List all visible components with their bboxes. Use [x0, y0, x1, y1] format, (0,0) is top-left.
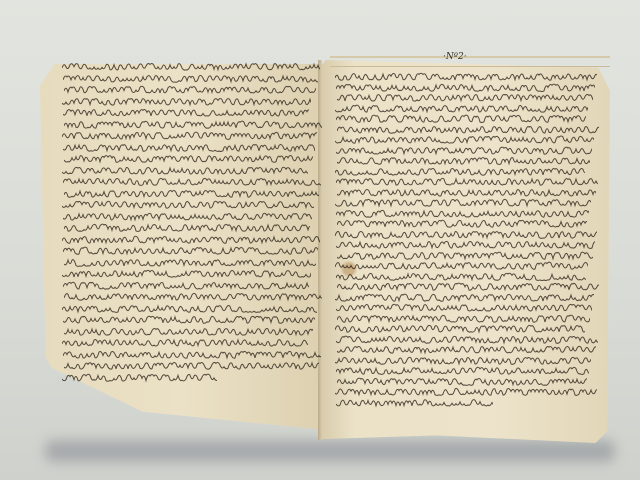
- handwriting-line: [64, 361, 319, 370]
- handwriting-line: [62, 131, 317, 140]
- handwriting-line: [62, 62, 320, 71]
- handwriting-line: [64, 85, 316, 94]
- handwriting-line: [335, 261, 588, 270]
- handwriting-line: [63, 281, 309, 290]
- handwriting-line: [337, 125, 599, 134]
- handwriting-line: [337, 282, 599, 291]
- handwriting-line: [335, 167, 585, 176]
- page-number-mark: ·Nº2·: [443, 52, 467, 62]
- handwriting-line: [62, 373, 217, 382]
- handwriting-line: [335, 104, 588, 113]
- handwriting-line: [64, 154, 313, 163]
- handwriting-line: [64, 258, 316, 267]
- handwriting-line: [63, 315, 315, 324]
- handwriting-line: [336, 146, 592, 155]
- handwriting-line: [337, 345, 596, 354]
- handwriting-line: [335, 230, 597, 239]
- handwriting-line: [62, 338, 308, 347]
- handwriting-line: [64, 327, 313, 336]
- handwriting-line: [64, 223, 310, 232]
- handwriting-line: [337, 251, 593, 260]
- page-edges: [330, 56, 610, 67]
- handwriting-line: [63, 246, 318, 255]
- handwriting-line: [336, 114, 586, 123]
- handwriting-line: [336, 177, 598, 186]
- handwriting-line: [337, 188, 596, 197]
- handwriting-line: [62, 269, 311, 278]
- handwriting-line: [335, 293, 594, 302]
- handwriting-line: [62, 97, 311, 106]
- handwriting-line: [336, 83, 595, 92]
- handwriting-line: [336, 335, 598, 344]
- handwriting-line: [62, 166, 308, 175]
- handwriting-line: [62, 235, 320, 244]
- handwriting-line: [63, 177, 321, 186]
- handwriting-line: [336, 398, 493, 407]
- handwriting-line: [63, 350, 321, 359]
- handwriting-line: [64, 120, 322, 129]
- handwriting-line: [337, 219, 587, 228]
- handwriting-line: [64, 189, 319, 198]
- handwriting-line: [335, 72, 597, 81]
- handwriting-line: [336, 240, 595, 249]
- handwriting-line: [63, 143, 315, 152]
- handwriting-line: [337, 93, 593, 102]
- handwriting-line: [335, 198, 591, 207]
- book-spine: [318, 60, 322, 440]
- handwriting-line: [63, 108, 309, 117]
- handwriting-line: [335, 135, 594, 144]
- handwriting-line: [64, 292, 322, 301]
- handwriting-line: [337, 156, 590, 165]
- handwriting-line: [63, 74, 318, 83]
- handwriting-line: [336, 366, 589, 375]
- manuscript-shadow: [45, 440, 615, 462]
- handwriting-line: [336, 209, 589, 218]
- handwriting-line: [63, 212, 312, 221]
- handwriting-line: [336, 303, 592, 312]
- handwriting-line: [335, 387, 597, 396]
- handwriting-line: [337, 377, 587, 386]
- handwriting-line: [336, 272, 586, 281]
- handwriting-line: [62, 304, 317, 313]
- handwriting-line: [335, 324, 585, 333]
- handwriting-line: [62, 200, 314, 209]
- handwriting-line: [335, 356, 591, 365]
- handwriting-line: [337, 314, 590, 323]
